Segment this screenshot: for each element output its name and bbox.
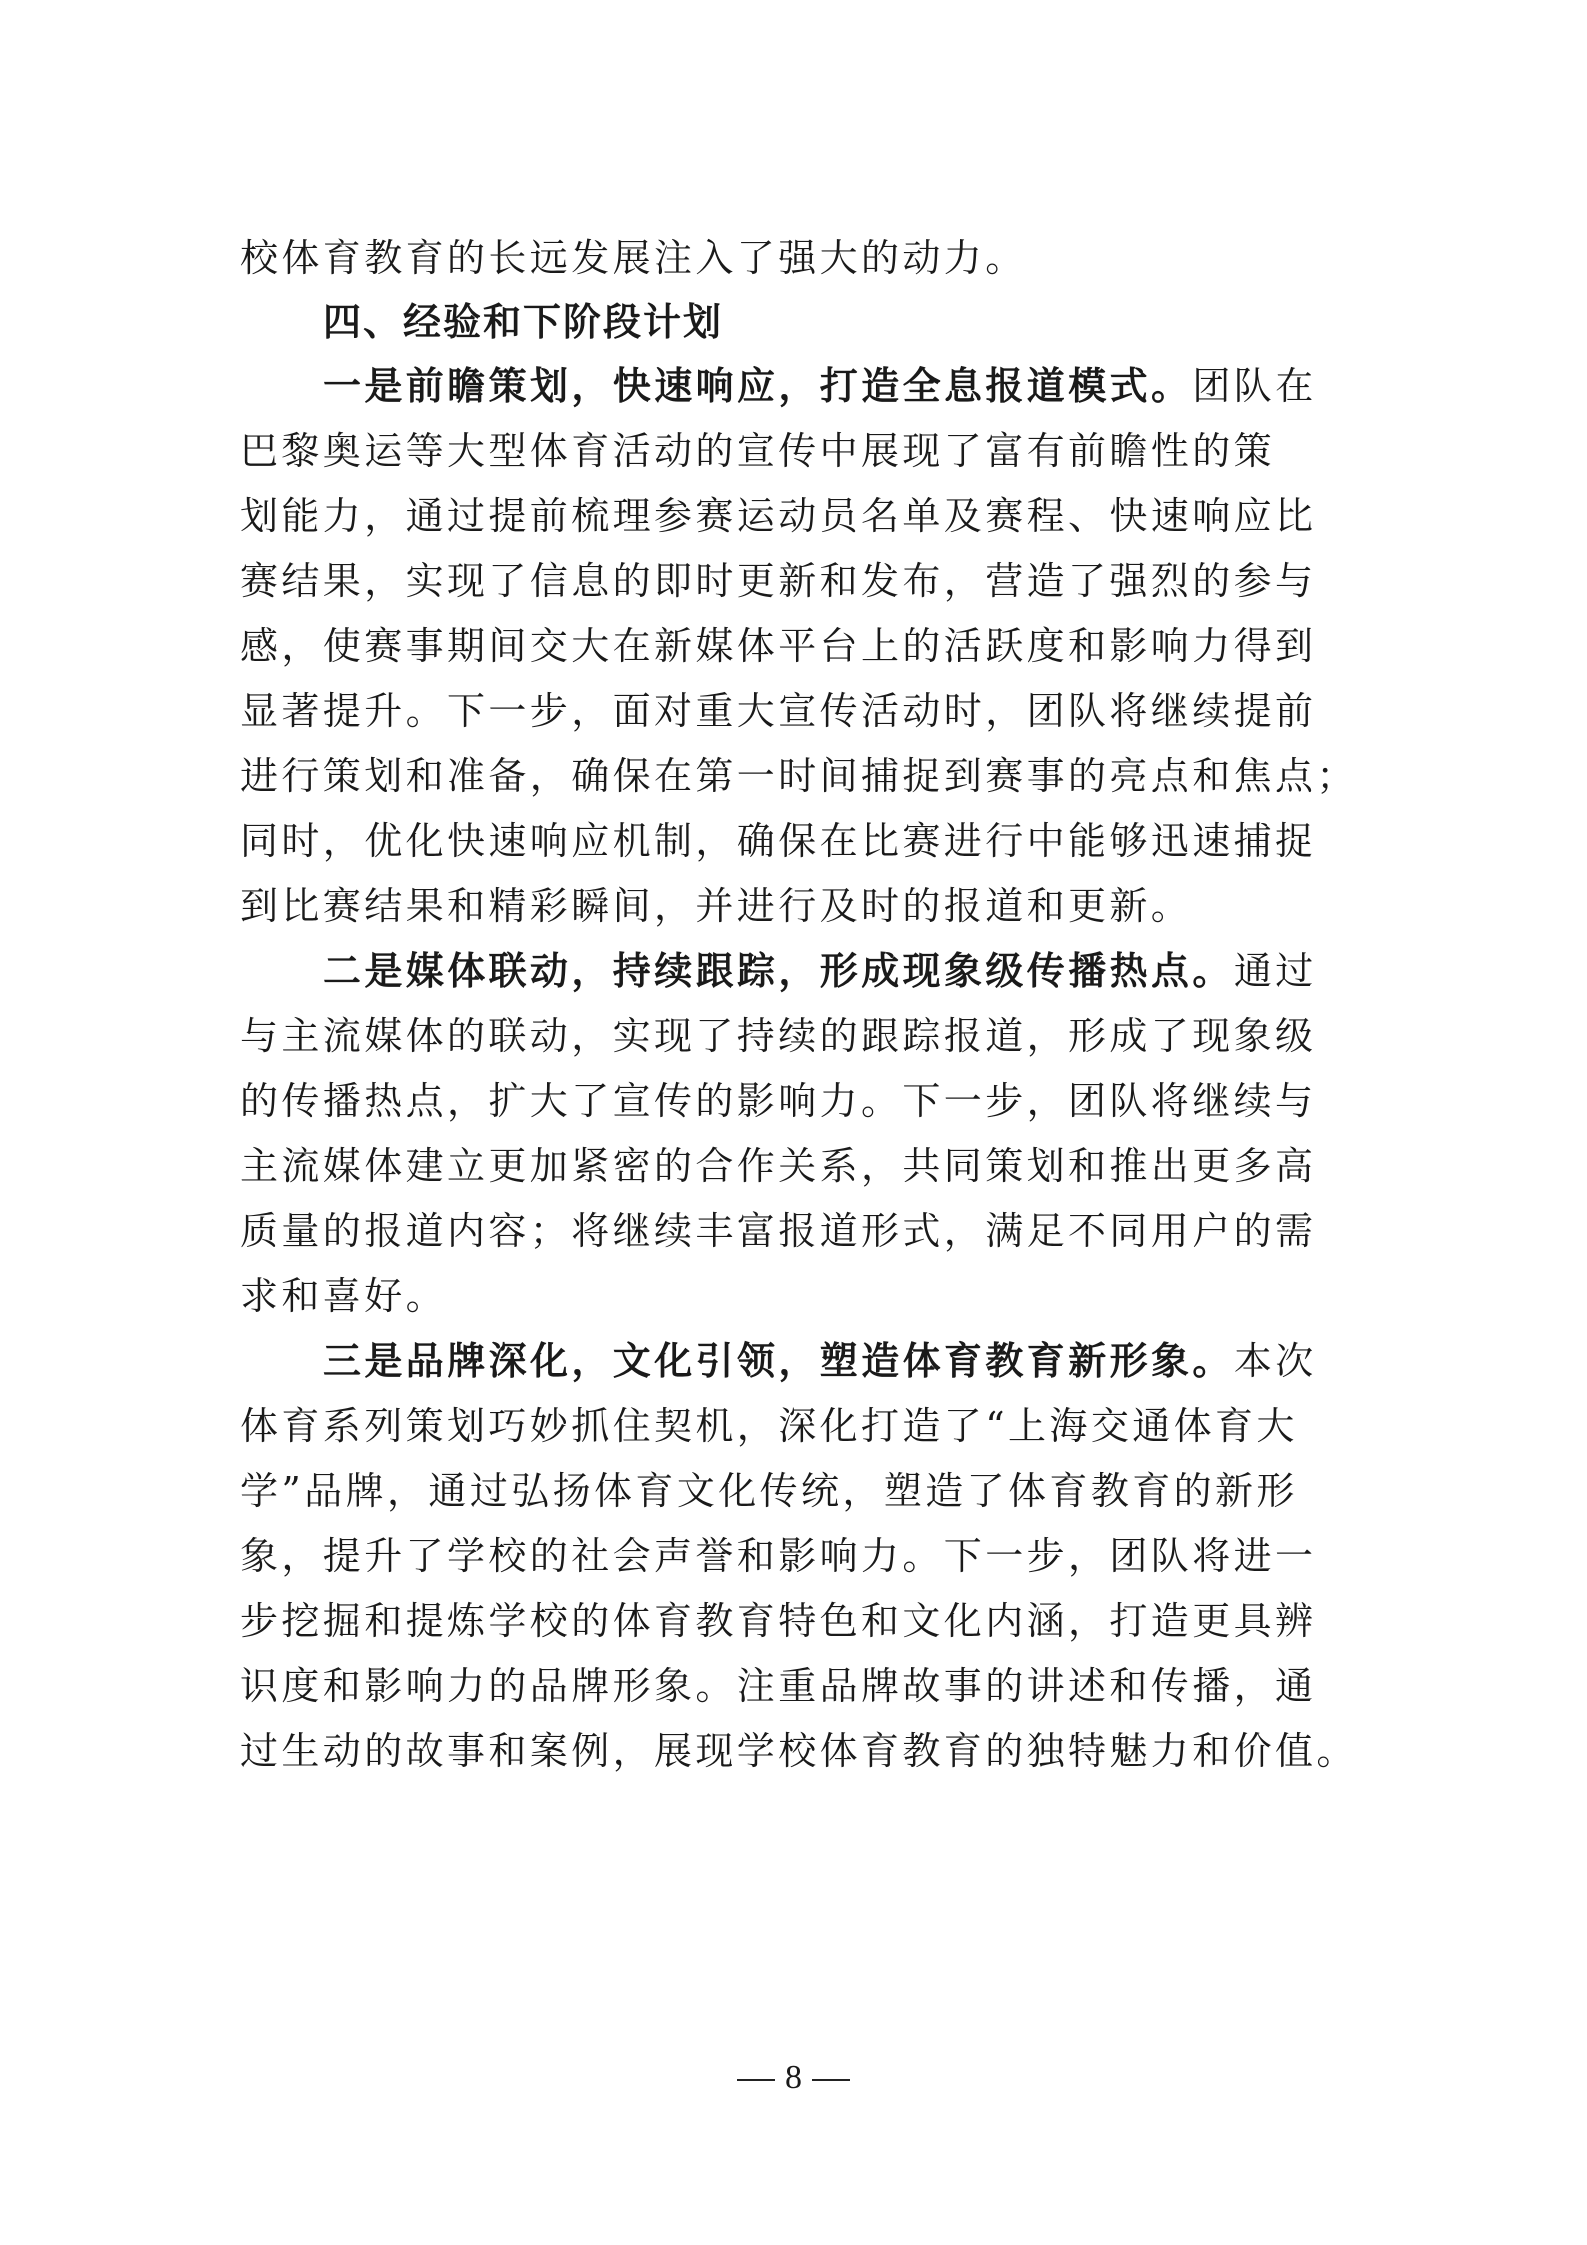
page-number: 8	[785, 2059, 802, 2096]
paragraph-line: 象，提升了学校的社会声誉和影响力。下一步，团队将进一	[240, 1526, 1360, 1586]
document-page: 校体育教育的长远发展注入了强大的动力。 四、经验和下阶段计划 一是前瞻策划，快速…	[0, 0, 1587, 2245]
page-number-footer: 8	[0, 2058, 1587, 2098]
dash-left	[737, 2079, 775, 2081]
paragraph-line: 求和喜好。	[240, 1266, 1360, 1326]
paragraph-line: 学”品牌，通过弘扬体育文化传统，塑造了体育教育的新形	[240, 1461, 1360, 1521]
item-2-first-line: 二是媒体联动，持续跟踪，形成现象级传播热点。通过	[323, 941, 1443, 1001]
paragraph-line: 显著提升。下一步，面对重大宣传活动时，团队将继续提前	[240, 681, 1360, 741]
paragraph-line: 校体育教育的长远发展注入了强大的动力。	[240, 228, 1360, 288]
item-3-lead-rest: 本次	[1234, 1339, 1317, 1383]
paragraph-line: 划能力，通过提前梳理参赛运动员名单及赛程、快速响应比	[240, 486, 1360, 546]
paragraph-line: 到比赛结果和精彩瞬间，并进行及时的报道和更新。	[240, 876, 1360, 936]
paragraph-line: 主流媒体建立更加紧密的合作关系，共同策划和推出更多高	[240, 1136, 1360, 1196]
paragraph-line: 进行策划和准备，确保在第一时间捕捉到赛事的亮点和焦点；	[240, 746, 1360, 806]
paragraph-line: 巴黎奥运等大型体育活动的宣传中展现了富有前瞻性的策	[240, 421, 1360, 481]
paragraph-line: 识度和影响力的品牌形象。注重品牌故事的讲述和传播，通	[240, 1656, 1360, 1716]
paragraph-line: 赛结果，实现了信息的即时更新和发布，营造了强烈的参与	[240, 551, 1360, 611]
paragraph-line: 过生动的故事和案例，展现学校体育教育的独特魅力和价值。	[240, 1721, 1360, 1781]
dash-right	[812, 2079, 850, 2081]
item-2-lead: 二是媒体联动，持续跟踪，形成现象级传播热点。	[323, 948, 1234, 993]
item-1-lead: 一是前瞻策划，快速响应，打造全息报道模式。	[323, 363, 1192, 408]
item-1-first-line: 一是前瞻策划，快速响应，打造全息报道模式。团队在	[323, 356, 1443, 416]
paragraph-line: 步挖掘和提炼学校的体育教育特色和文化内涵，打造更具辨	[240, 1591, 1360, 1651]
paragraph-line: 感，使赛事期间交大在新媒体平台上的活跃度和影响力得到	[240, 616, 1360, 676]
item-2-lead-rest: 通过	[1234, 949, 1317, 993]
section-heading: 四、经验和下阶段计划	[323, 292, 1443, 352]
item-1-lead-rest: 团队在	[1192, 364, 1316, 408]
item-3-first-line: 三是品牌深化，文化引领，塑造体育教育新形象。本次	[323, 1331, 1443, 1391]
paragraph-line: 同时，优化快速响应机制，确保在比赛进行中能够迅速捕捉	[240, 811, 1360, 871]
paragraph-line: 的传播热点，扩大了宣传的影响力。下一步，团队将继续与	[240, 1071, 1360, 1131]
paragraph-line: 与主流媒体的联动，实现了持续的跟踪报道，形成了现象级	[240, 1006, 1360, 1066]
item-3-lead: 三是品牌深化，文化引领，塑造体育教育新形象。	[323, 1338, 1234, 1383]
paragraph-line: 体育系列策划巧妙抓住契机，深化打造了“上海交通体育大	[240, 1396, 1360, 1456]
paragraph-line: 质量的报道内容；将继续丰富报道形式，满足不同用户的需	[240, 1201, 1360, 1261]
